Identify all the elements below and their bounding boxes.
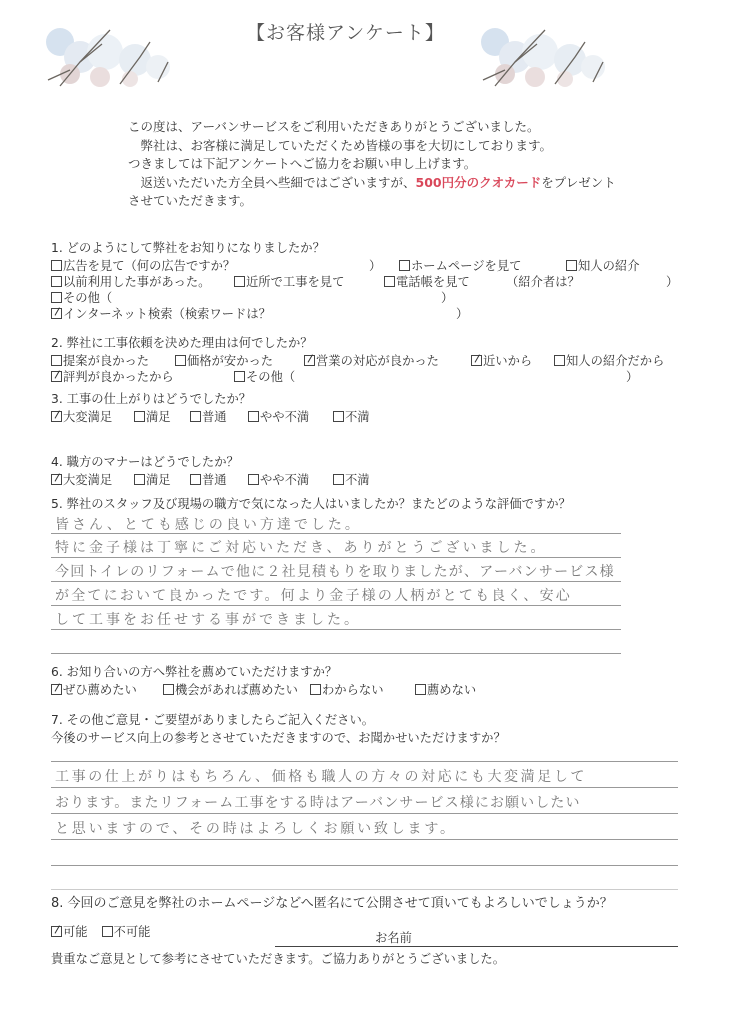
option-label: やや不満 <box>260 473 309 487</box>
question-6: 6. お知り合いの方へ弊社を薦めていただけますか？ ぜひ薦めたい 機会があれば薦… <box>51 662 337 696</box>
checkbox-checked-icon[interactable] <box>51 684 62 695</box>
q6-option-no[interactable]: 薦めない <box>415 680 476 698</box>
q2-option-other[interactable]: その他（ <box>234 367 295 385</box>
checkbox-icon[interactable] <box>310 684 321 695</box>
checkbox-icon[interactable] <box>248 474 259 485</box>
question-2-title: 2. 弊社に工事依頼を決めた理由は何でしたか？ <box>51 333 313 351</box>
question-8-options: 可能 不可能 <box>51 922 150 940</box>
q4-option-average[interactable]: 普通 <box>190 470 227 488</box>
checkbox-icon[interactable] <box>51 292 62 303</box>
q4-option-satisfied[interactable]: 満足 <box>134 470 171 488</box>
question-4: 4. 職方のマナーはどうでしたか？ 大変満足 満足 普通 やや不満 不満 <box>51 452 239 486</box>
option-label: 大変満足 <box>63 410 112 424</box>
q6-option-definitely[interactable]: ぜひ薦めたい <box>51 680 137 698</box>
option-label: 評判が良かったから <box>63 370 174 384</box>
checkbox-checked-icon[interactable] <box>304 355 315 366</box>
answer-rule <box>51 865 678 866</box>
answer-rule <box>51 653 621 654</box>
q3-option-unsatisfied[interactable]: 不満 <box>333 407 370 425</box>
option-label: 満足 <box>146 473 171 487</box>
checkbox-icon[interactable] <box>190 411 201 422</box>
blossom-icon <box>475 22 613 90</box>
referrer-label: （紹介者は？ <box>506 272 580 290</box>
option-label: 知人の紹介 <box>578 259 640 273</box>
q3-option-somewhat-unsatisfied[interactable]: やや不満 <box>248 407 309 425</box>
checkbox-icon[interactable] <box>399 260 410 271</box>
option-label: 大変満足 <box>63 473 112 487</box>
checkbox-icon[interactable] <box>384 276 395 287</box>
option-label: その他（ <box>63 291 112 305</box>
checkbox-icon[interactable] <box>333 411 344 422</box>
paren-close: ） <box>626 367 638 385</box>
checkbox-icon[interactable] <box>566 260 577 271</box>
q1-option-internet[interactable]: インターネット検索（検索ワードは？ <box>51 304 271 322</box>
question-4-title: 4. 職方のマナーはどうでしたか？ <box>51 452 239 470</box>
option-label: 提案が良かった <box>63 354 149 368</box>
checkbox-checked-icon[interactable] <box>51 926 62 937</box>
option-label: インターネット検索（検索ワードは？ <box>63 307 271 321</box>
question-7-title: 7. その他ご意見・ご要望がありましたらご記入ください。 <box>51 710 506 728</box>
option-label: 電話帳を見て <box>396 275 470 289</box>
handwritten-line: 皆さん、とても感じの良い方達でした。 <box>55 514 362 534</box>
q4-option-unsatisfied[interactable]: 不満 <box>333 470 370 488</box>
option-label: 価格が安かった <box>187 354 273 368</box>
option-label: 広告を見て（何の広告ですか？ <box>63 259 235 273</box>
option-label: その他（ <box>246 370 295 384</box>
checkbox-checked-icon[interactable] <box>51 371 62 382</box>
q8-option-allowed[interactable]: 可能 <box>51 922 88 940</box>
q4-option-very-satisfied[interactable]: 大変満足 <box>51 470 112 488</box>
page-title: 【お客様アンケート】 <box>246 18 445 45</box>
intro-line-4: 返送いただいた方全員へ些細ではございますが、500円分のクオカードをプレゼント <box>128 174 616 193</box>
question-5-answer-area[interactable]: 皆さん、とても感じの良い方達でした。 特に金子様は丁寧にご対応いただき、ありがと… <box>51 512 621 654</box>
option-label: ぜひ薦めたい <box>63 683 137 697</box>
question-1-title: 1. どのようにして弊社をお知りになりましたか？ <box>51 238 325 256</box>
paren-close: ） <box>441 288 453 306</box>
option-label: 満足 <box>146 410 171 424</box>
q3-option-very-satisfied[interactable]: 大変満足 <box>51 407 112 425</box>
q1-option-phonebook[interactable]: 電話帳を見て <box>384 272 470 290</box>
intro-text: この度は、アーバンサービスをご利用いただきありがとうございました。 弊社は、お客… <box>128 118 616 211</box>
question-2: 2. 弊社に工事依頼を決めた理由は何でしたか？ 提案が良かった 価格が安かった … <box>51 333 313 383</box>
intro-line-1: この度は、アーバンサービスをご利用いただきありがとうございました。 <box>128 118 616 137</box>
blossom-icon <box>40 22 178 90</box>
checkbox-icon[interactable] <box>51 355 62 366</box>
intro-line-4-suffix: をプレゼント <box>541 175 616 190</box>
q2-option-nearby[interactable]: 近いから <box>471 351 532 369</box>
handwritten-line: 今回トイレのリフォームで他に２社見積もりを取りましたが、アーバンサービス様 <box>55 561 615 581</box>
question-7-answer-area[interactable]: 工事の仕上がりはもちろん、価格も職人の方々の対応にも大変満足して おります。また… <box>51 740 678 866</box>
intro-line-5: させていただきます。 <box>128 192 616 211</box>
question-6-title: 6. お知り合いの方へ弊社を薦めていただけますか？ <box>51 662 337 680</box>
intro-line-2: 弊社は、お客様に満足していただくため皆様の事を大切にしております。 <box>128 137 616 156</box>
paren-close: ） <box>666 272 678 290</box>
name-input[interactable] <box>275 934 678 947</box>
question-8-title: 8. 今回のご意見を弊社のホームページなどへ匿名にて公開させて頂いてもよろしいで… <box>51 892 613 911</box>
handwritten-line: おります。またリフォーム工事をする時はアーバンサービス様にお願いしたい <box>55 792 581 812</box>
question-3: 3. 工事の仕上がりはどうでしたか？ 大変満足 満足 普通 やや不満 不満 <box>51 389 251 423</box>
checkbox-checked-icon[interactable] <box>51 308 62 319</box>
cherry-blossom-illustration-left <box>40 22 178 90</box>
checkbox-icon[interactable] <box>333 474 344 485</box>
option-label: 近いから <box>483 354 532 368</box>
checkbox-icon[interactable] <box>234 371 245 382</box>
checkbox-icon[interactable] <box>234 276 245 287</box>
option-label: 普通 <box>202 410 227 424</box>
option-label: 不可能 <box>114 925 151 939</box>
checkbox-icon[interactable] <box>51 276 62 287</box>
footer-thanks: 貴重なご意見として参考にさせていただきます。ご協力ありがとうございました。 <box>51 949 505 967</box>
handwritten-line: が全てにおいて良かったです。何より金子様の人柄がとても良く、安心 <box>55 585 572 605</box>
quo-card-highlight: 500円分のクオカード <box>416 175 542 190</box>
handwritten-line: 特に金子様は丁寧にご対応いただき、ありがとうございました。 <box>55 537 547 557</box>
checkbox-checked-icon[interactable] <box>51 411 62 422</box>
handwritten-line: 工事の仕上がりはもちろん、価格も職人の方々の対応にも大変満足して <box>55 766 587 786</box>
checkbox-icon[interactable] <box>415 684 426 695</box>
question-3-title: 3. 工事の仕上がりはどうでしたか？ <box>51 389 251 407</box>
q3-option-satisfied[interactable]: 満足 <box>134 407 171 425</box>
option-label: 以前利用した事があった。 <box>63 275 210 289</box>
q8-option-not-allowed[interactable]: 不可能 <box>102 922 151 940</box>
option-label: 営業の対応が良かった <box>316 354 439 368</box>
option-label: やや不満 <box>260 410 309 424</box>
handwritten-line: と思いますので、その時はよろしくお願い致します。 <box>55 818 457 838</box>
option-label: 知人の紹介だから <box>566 354 664 368</box>
checkbox-icon[interactable] <box>554 355 565 366</box>
checkbox-icon[interactable] <box>134 474 145 485</box>
checkbox-checked-icon[interactable] <box>471 355 482 366</box>
option-label: 不満 <box>345 473 370 487</box>
checkbox-icon[interactable] <box>190 474 201 485</box>
q2-option-sales[interactable]: 営業の対応が良かった <box>304 351 439 369</box>
option-label: 近所で工事を見て <box>246 275 344 289</box>
question-5-title: 5. 弊社のスタッフ及び現場の職方で気になった人はいましたか？またどのような評価… <box>51 494 571 512</box>
checkbox-checked-icon[interactable] <box>51 474 62 485</box>
option-label: 機会があれば薦めたい <box>175 683 298 697</box>
paren-close: ） <box>456 304 468 322</box>
intro-line-3: つきましては下記アンケートへご協力をお願い申し上げます。 <box>128 155 616 174</box>
option-label: 可能 <box>63 925 88 939</box>
cherry-blossom-illustration-right <box>475 22 613 90</box>
question-1: 1. どのようにして弊社をお知りになりましたか？ 広告を見て（何の広告ですか？ … <box>51 238 325 320</box>
checkbox-icon[interactable] <box>102 926 113 937</box>
q2-option-referral[interactable]: 知人の紹介だから <box>554 351 664 369</box>
q6-option-if-chance[interactable]: 機会があれば薦めたい <box>163 680 298 698</box>
checkbox-icon[interactable] <box>175 355 186 366</box>
option-label: ホームページを見て <box>411 259 521 273</box>
checkbox-icon[interactable] <box>248 411 259 422</box>
q2-option-reputation[interactable]: 評判が良かったから <box>51 367 174 385</box>
q4-option-somewhat-unsatisfied[interactable]: やや不満 <box>248 470 309 488</box>
q6-option-not-sure[interactable]: わからない <box>310 680 384 698</box>
divider <box>51 889 678 890</box>
option-label: 不満 <box>345 410 370 424</box>
checkbox-icon[interactable] <box>163 684 174 695</box>
option-label: わからない <box>322 683 384 697</box>
checkbox-icon[interactable] <box>51 260 62 271</box>
intro-line-4-text: 返送いただいた方全員へ些細ではございますが、 <box>128 175 416 190</box>
checkbox-icon[interactable] <box>134 411 145 422</box>
handwritten-line: して工事をお任せする事ができました。 <box>55 609 361 629</box>
option-label: 普通 <box>202 473 227 487</box>
option-label: 薦めない <box>427 683 476 697</box>
paren-close: ） <box>369 256 381 274</box>
q3-option-average[interactable]: 普通 <box>190 407 227 425</box>
